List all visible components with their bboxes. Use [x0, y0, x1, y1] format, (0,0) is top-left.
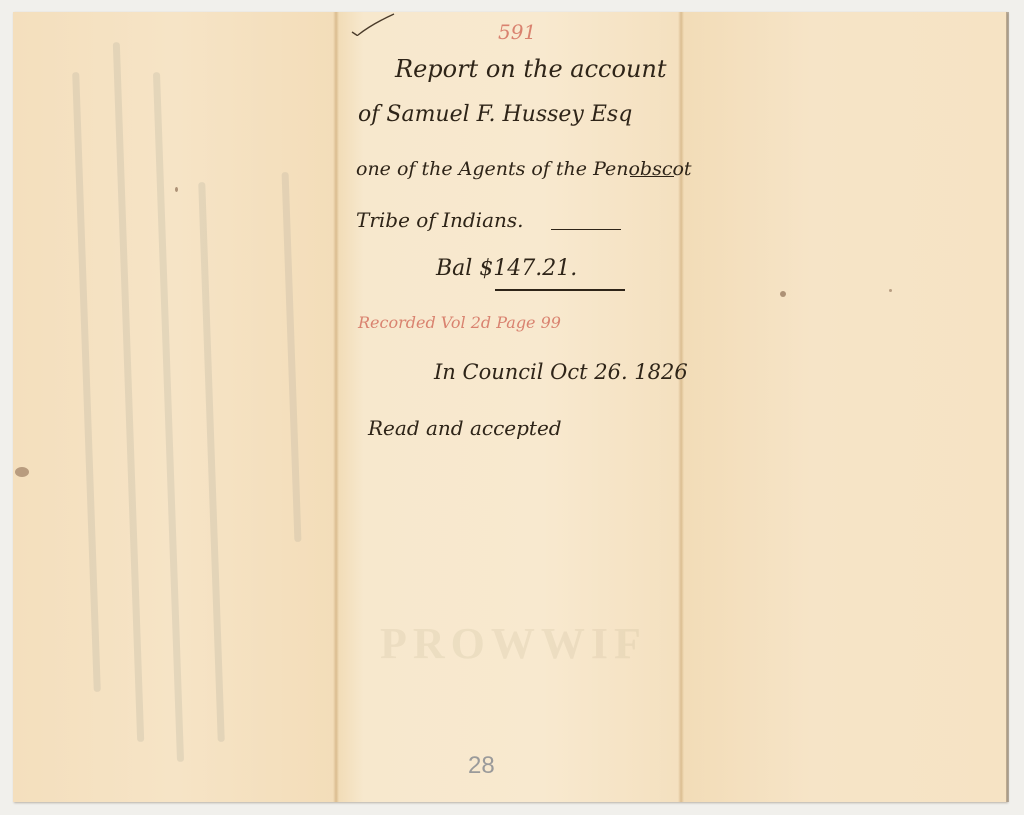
title-line-2: of Samuel F. Hussey Esq [358, 102, 632, 127]
title-line-1: Report on the account [395, 55, 667, 83]
fold-line [678, 12, 684, 802]
check-mark-icon [350, 12, 396, 36]
ink-speck [889, 289, 892, 292]
bleed-through-line [72, 72, 101, 692]
ink-speck [780, 291, 786, 297]
left-panel [13, 12, 336, 802]
document-sheet [13, 12, 1007, 802]
ink-speck [175, 187, 178, 192]
balance-underline [495, 289, 625, 291]
recorded-note: Recorded Vol 2d Page 99 [358, 313, 561, 332]
pencil-page-number: 28 [468, 752, 495, 780]
bleed-through-line [198, 182, 225, 742]
bleed-through-line [113, 42, 144, 742]
flourish-rule [551, 229, 621, 230]
action-note: Read and accepted [368, 416, 562, 440]
ink-blot [15, 467, 29, 477]
council-date: In Council Oct 26. 1826 [434, 360, 688, 384]
sheet-edge [1006, 12, 1009, 802]
title-line-4: Tribe of Indians. [356, 208, 524, 232]
center-panel [336, 12, 681, 802]
watermark: PROWWIF [380, 618, 647, 669]
right-panel [681, 12, 1007, 802]
bleed-through-line [153, 72, 184, 762]
bleed-through-line [282, 172, 302, 542]
balance-amount: Bal $147.21. [436, 256, 577, 281]
fold-line [333, 12, 339, 802]
folio-number: 591 [498, 20, 536, 44]
flourish-rule [630, 176, 674, 177]
